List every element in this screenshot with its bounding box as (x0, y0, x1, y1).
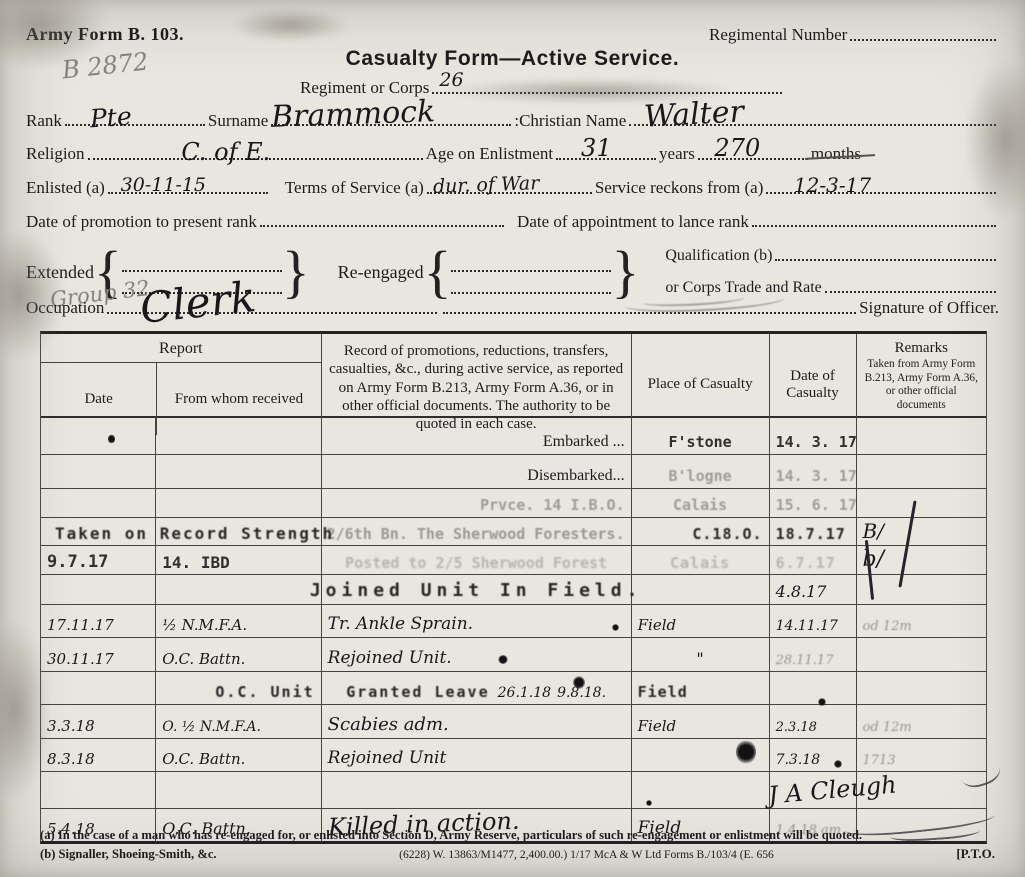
report-date-entry: 3.3.18 (47, 717, 95, 735)
reckons-label: Service reckons from (a) (595, 179, 764, 198)
religion-blank: C. of E. (88, 158, 423, 160)
reckons-blank: 12-3-17 (766, 192, 996, 194)
promotion-label: Date of promotion to present rank (26, 213, 257, 232)
religion-label: Religion (26, 145, 85, 164)
place-entry: Calais (673, 496, 727, 514)
religion-value: C. of E. (181, 140, 270, 164)
record-entry: 2/6th Bn. The Sherwood Foresters. (327, 525, 625, 543)
ink-blot (646, 800, 652, 806)
record-entry: Disembarked... (527, 467, 624, 485)
regimental-number-blank (850, 39, 996, 41)
qualification-blank (775, 259, 996, 261)
record-entry: Embarked ... (543, 433, 625, 451)
age-blank: 31 (556, 158, 656, 160)
qualification-label: Qualification (b) (665, 247, 772, 265)
table-row: 9.7.17 14. IBD Posted to 2/5 Sherwood Fo… (41, 546, 986, 575)
christian-name-label: Christian Name (519, 112, 626, 131)
ink-blot (573, 676, 585, 689)
casualty-form-page: Army Form B. 103. Regimental Number B 28… (0, 0, 1025, 877)
close-brace: } (611, 249, 639, 295)
ink-blot (818, 698, 826, 706)
report-date-entry: 30.11.17 (47, 650, 114, 668)
casualty-date-entry: 2.3.18 (776, 720, 817, 735)
signature-blank (443, 312, 856, 314)
remarks-entry: 1713 (863, 753, 896, 768)
occupation-blank: Clerk (107, 312, 437, 314)
scan-smudge (0, 620, 50, 800)
report-date-entry: 17.11.17 (47, 616, 114, 634)
casualty-date-entry: 7.3.18 (776, 752, 821, 768)
record-entry: Rejoined Unit. (328, 648, 452, 668)
table-header: Report Date From whom received Record of… (41, 334, 986, 418)
table-row: Embarked ... F'stone 14. 3. 17 (41, 418, 986, 455)
place-entry: F'stone (668, 433, 731, 451)
promotion-blank (260, 225, 504, 227)
leave-date-from: 26.1.18 (498, 685, 551, 701)
rank-value: Pte (89, 104, 132, 132)
occupation-line: Occupation Clerk Signature of Officer. (0, 299, 1025, 318)
reengaged-blanks (451, 248, 611, 296)
printer-imprint: (6228) W. 13863/M1477, 2,400.00.) 1/17 M… (399, 848, 774, 861)
from-entry: ½ N.M.F.A. (162, 616, 247, 634)
lance-blank (752, 225, 996, 227)
table-row: Taken on Record Strength 2/6th Bn. The S… (41, 518, 986, 546)
remarks-entry: od 12m (863, 619, 912, 634)
christian-name-blank: Walter (629, 124, 996, 126)
regimental-number-field: Regimental Number (709, 25, 999, 45)
from-entry: O.C. Unit (215, 683, 314, 701)
rank-label: Rank (26, 112, 62, 131)
casualty-date-entry: 14.11.17 (776, 618, 838, 634)
ink-blot (834, 760, 842, 768)
table-row: 17.11.17 ½ N.M.F.A. Tr. Ankle Sprain. Fi… (41, 605, 986, 638)
reengaged-field: Re-engaged { } (338, 247, 640, 297)
scan-smudge (230, 8, 350, 42)
promotion-line: Date of promotion to present rank Date o… (0, 213, 1025, 232)
report-title: Report (159, 334, 203, 362)
table-row: O.C. Unit Granted Leave 26.1.18 9.8.18. … (41, 672, 986, 705)
occupation-value: Clerk (138, 276, 258, 330)
place-entry: C.18.O. (692, 525, 762, 543)
regimental-number-label: Regimental Number (709, 25, 847, 45)
place-entry: Calais (670, 554, 730, 572)
age-months-blank: 270 (698, 158, 808, 160)
casualty-date-entry: 14. 3. 17 (776, 467, 857, 485)
record-entry: Scabies adm. (328, 714, 449, 735)
terms-label: Terms of Service (a) (271, 179, 424, 198)
enlisted-value: 30-11-15 (121, 176, 206, 195)
terms-blank: dur. of War (427, 192, 592, 194)
casualty-table: Report Date From whom received Record of… (40, 331, 987, 844)
age-label: Age on Enlistment (426, 145, 553, 164)
reckons-value: 12-3-17 (794, 175, 871, 195)
casualty-date-entry: 14. 3. 17 (776, 433, 857, 451)
place-entry: B'logne (668, 467, 731, 485)
enlisted-line: Enlisted (a) 30-11-15 Terms of Service (… (0, 179, 1025, 198)
lance-label: Date of appointment to lance rank (507, 213, 749, 232)
reengaged-label: Re-engaged (338, 262, 424, 283)
surname-blank: Brammock (271, 124, 511, 126)
scan-smudge (440, 78, 740, 104)
age-months-value: 270 (714, 136, 760, 160)
report-date-entry: 9.7.17 (47, 552, 108, 572)
from-entry: O. ½ N.M.F.A. (162, 719, 261, 735)
rank-blank: Pte (65, 124, 205, 126)
record-entry: Rejoined Unit (328, 748, 447, 768)
enlisted-label: Enlisted (a) (26, 179, 105, 198)
years-label: years (659, 145, 695, 164)
table-row: 30.11.17 O.C. Battn. Rejoined Unit. " 28… (41, 638, 986, 672)
table-row: J A Cleugh (41, 772, 986, 809)
signature-label: Signature of Officer. (859, 299, 999, 318)
casualty-date-entry: 18.7.17 (776, 525, 846, 543)
name-line: Rank Pte Surname Brammock : Christian Na… (0, 112, 1025, 131)
table-row: 8.3.18 O.C. Battn. Rejoined Unit 7.3.18 … (41, 739, 986, 772)
record-entry: Tr. Ankle Sprain. (328, 614, 473, 634)
scan-smudge (965, 60, 1025, 220)
ink-blot (498, 655, 508, 664)
record-strength-stamp: Taken on Record Strength (55, 524, 334, 543)
place-entry: Field (638, 616, 676, 634)
casualty-date-entry: 28.11.17 (776, 653, 834, 668)
form-title: Casualty Form—Active Service. (0, 47, 1025, 71)
ink-blot (108, 434, 115, 444)
record-entry: Prvce. 14 I.B.O. (480, 496, 625, 514)
surname-label: Surname (208, 112, 268, 131)
close-brace: } (282, 249, 310, 295)
surname-value: Brammock (271, 98, 436, 134)
qualification-field: Qualification (b) or Corps Trade and Rat… (665, 247, 999, 297)
granted-leave-stamp: Granted Leave (346, 683, 489, 701)
casualty-date-entry: 15. 6. 17 (776, 496, 857, 514)
remarks-subtitle: Taken from Army Form B.213, Army Form A.… (863, 358, 980, 412)
ink-blot (612, 624, 619, 631)
table-row: Disembarked... B'logne 14. 3. 17 (41, 455, 986, 489)
ink-blot (736, 740, 756, 764)
record-entry: Posted to 2/5 Sherwood Forest (345, 554, 607, 572)
from-entry: O.C. Battn. (162, 750, 245, 768)
enlisted-blank: 30-11-15 (108, 192, 268, 194)
terms-value: dur. of War (433, 174, 540, 197)
form-header: Army Form B. 103. Regimental Number (0, 0, 1025, 45)
from-entry: 14. IBD (162, 553, 229, 572)
open-brace: { (424, 249, 452, 295)
casualty-date-entry: 1.4.18 am (776, 823, 842, 838)
age-value: 31 (581, 136, 612, 160)
religion-line: Religion C. of E. Age on Enlistment 31 y… (0, 145, 1025, 164)
table-row: Joined Unit In Field. 4.8.17 (41, 575, 986, 605)
place-entry: Field (638, 683, 688, 701)
table-row: 3.3.18 O. ½ N.M.F.A. Scabies adm. Field … (41, 705, 986, 739)
months-label: months (811, 145, 861, 164)
scan-smudge (0, 0, 110, 70)
casualty-date-entry: 4.8.17 (776, 582, 827, 601)
corps-trade-blank (825, 291, 996, 293)
joined-unit-stamp: Joined Unit In Field. (310, 580, 643, 601)
remarks-title: Remarks (895, 340, 948, 357)
report-date-entry: 8.3.18 (47, 750, 95, 768)
pto-label: [P.T.O. (956, 846, 995, 862)
place-ditto-mark: " (696, 649, 703, 668)
casualty-date-entry: 6.7.17 (776, 554, 836, 572)
remarks-entry: od 12m (863, 720, 912, 735)
footnote-b: (b) Signaller, Shoeing-Smith, &c. (40, 847, 217, 862)
scan-smudge (0, 230, 65, 360)
from-entry: O.C. Battn. (162, 650, 245, 668)
place-entry: Field (638, 717, 676, 735)
table-row: Prvce. 14 I.B.O. Calais 15. 6. 17 (41, 489, 986, 518)
